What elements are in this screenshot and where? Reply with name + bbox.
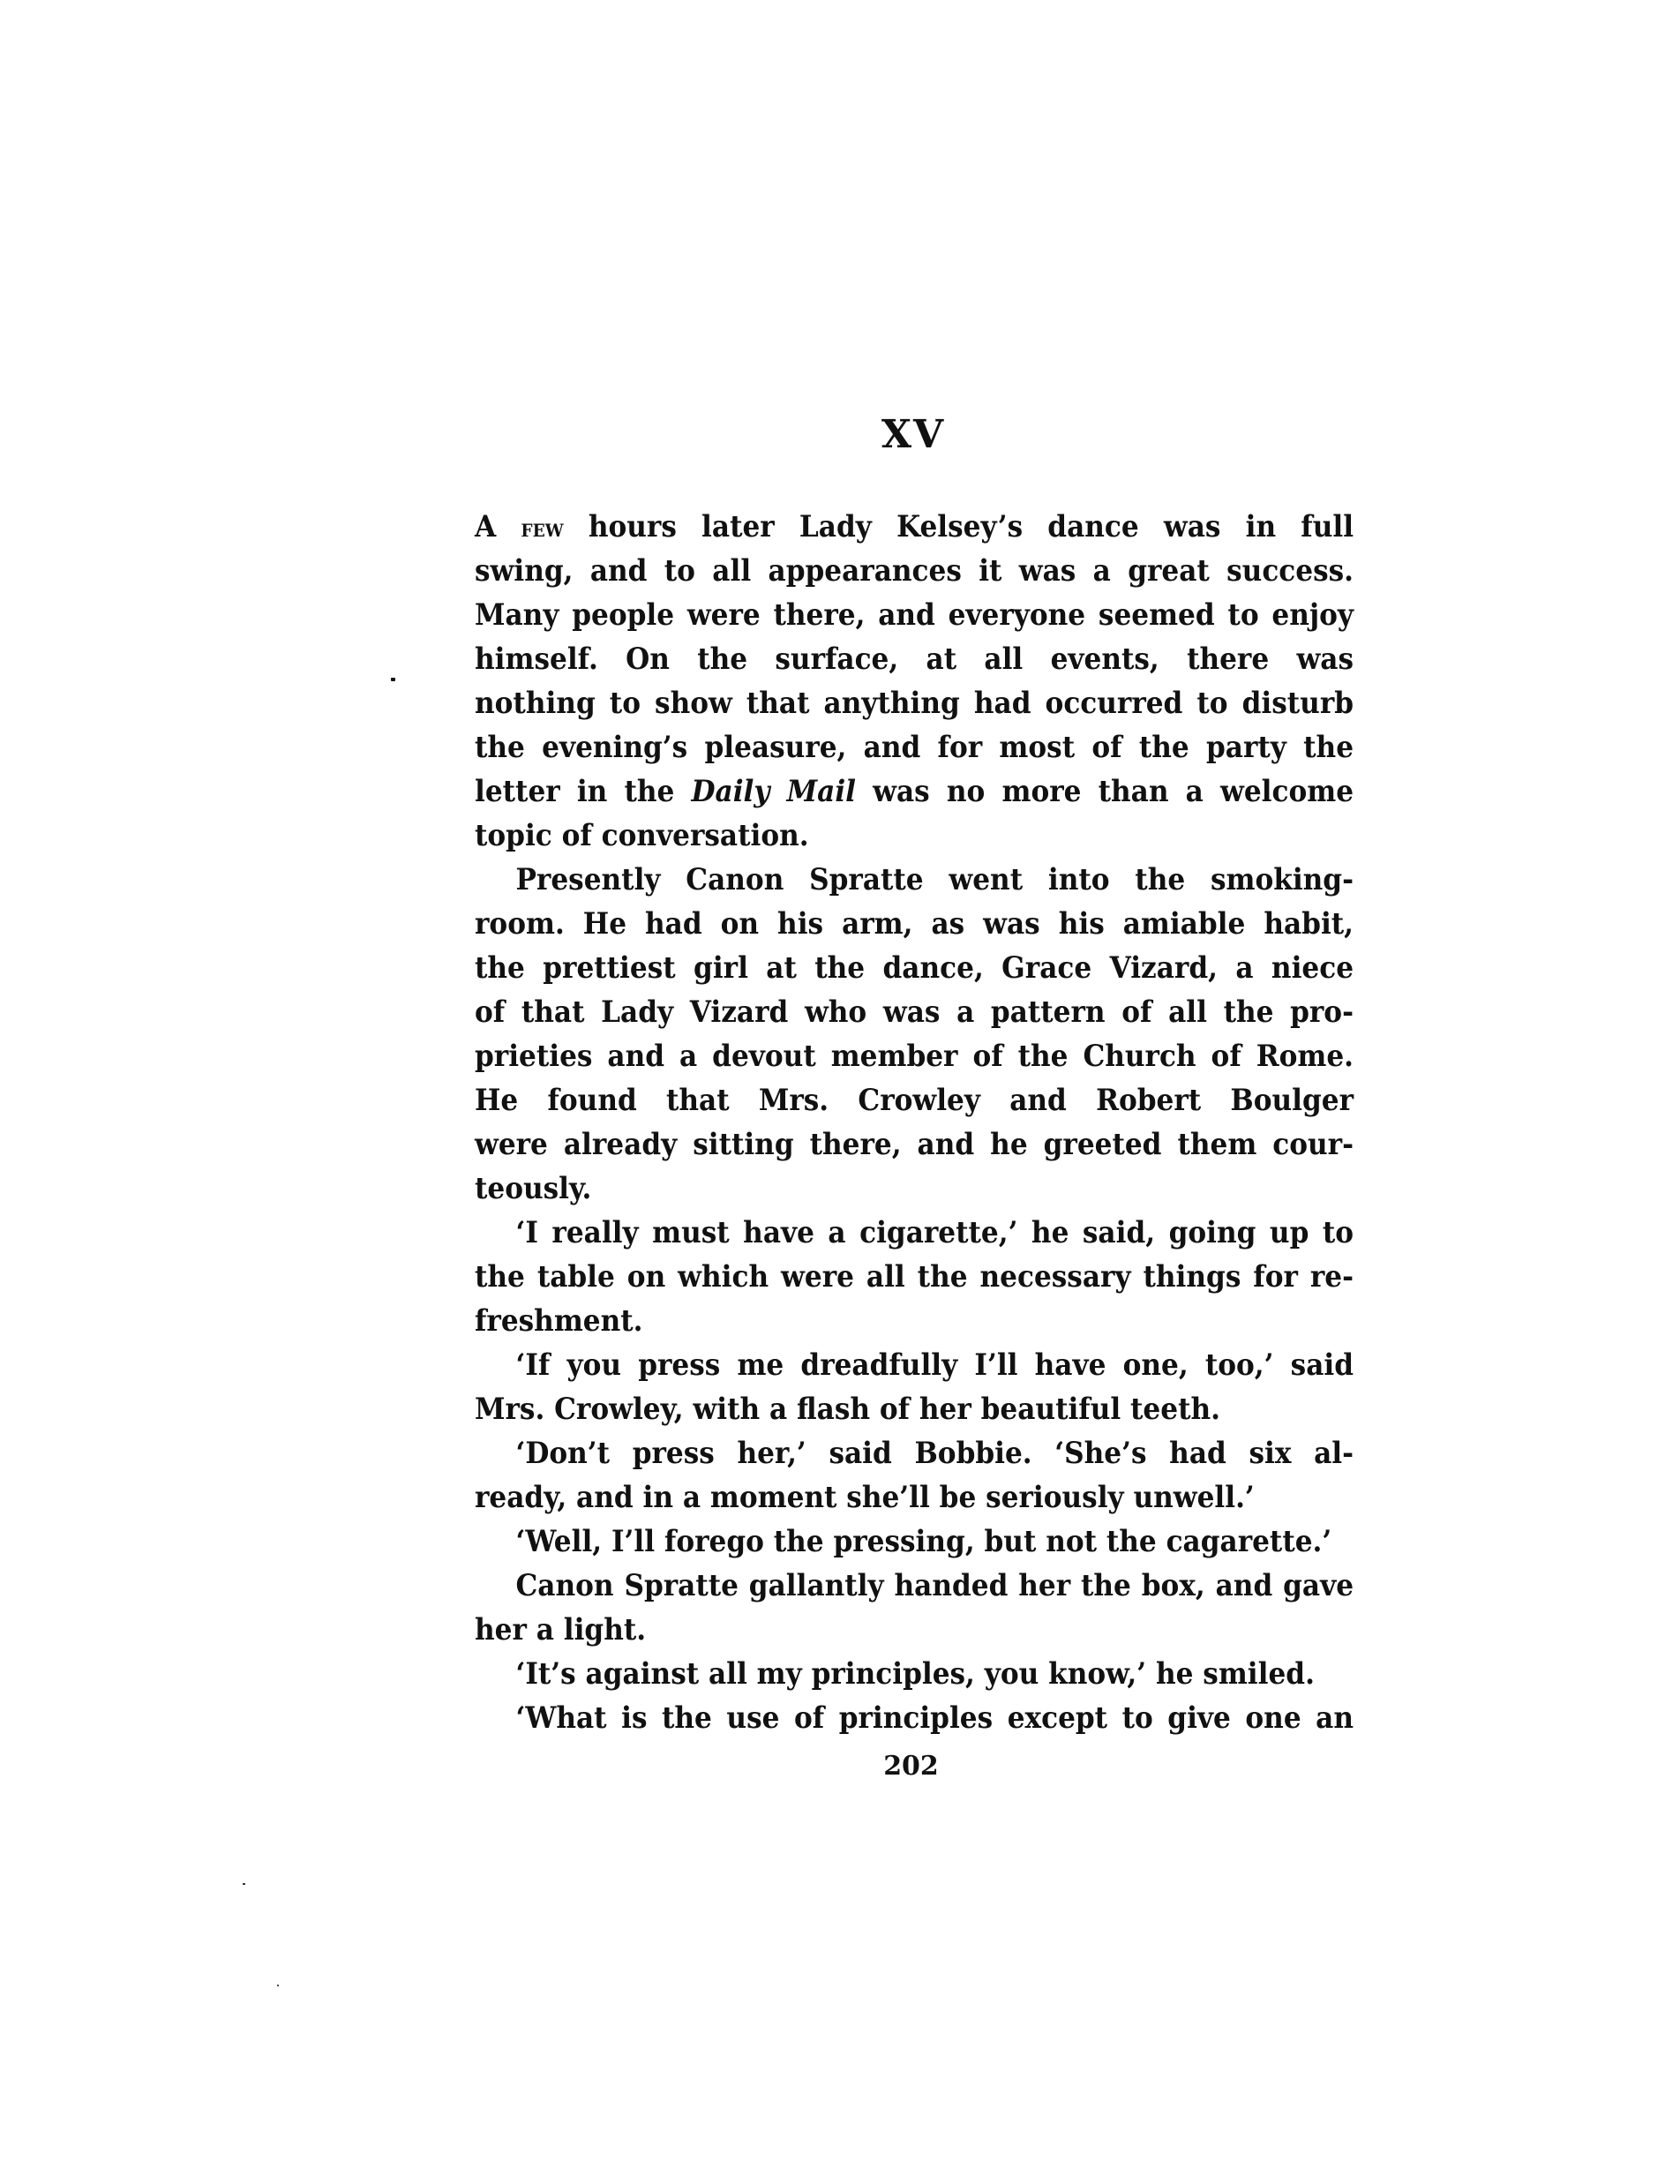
line-text: letter in the bbox=[475, 774, 692, 808]
page-number: 202 bbox=[0, 1749, 1680, 1784]
body-text: A few hours later Lady Kelsey’s dance wa… bbox=[475, 505, 1354, 1740]
text-line: her a light. bbox=[475, 1608, 1354, 1652]
text-line: nothing to show that anything had occurr… bbox=[475, 681, 1354, 725]
text-line: himself. On the surface, at all events, … bbox=[475, 637, 1354, 681]
text-line: room. He had on his arm, as was his amia… bbox=[475, 902, 1354, 946]
scan-speck bbox=[277, 1985, 279, 1986]
text-line: ‘It’s against all my principles, you kno… bbox=[475, 1652, 1354, 1696]
text-line: topic of conversation. bbox=[475, 814, 1354, 858]
book-page: XV A few hours later Lady Kelsey’s dance… bbox=[0, 0, 1680, 2184]
scan-speck bbox=[391, 678, 395, 681]
text-line: ‘If you press me dreadfully I’ll have on… bbox=[475, 1343, 1354, 1387]
text-line: ready, and in a moment she’ll be serious… bbox=[475, 1475, 1354, 1520]
text-line: ‘Don’t press her,’ said Bobbie. ‘She’s h… bbox=[475, 1431, 1354, 1475]
text-line: swing, and to all appearances it was a g… bbox=[475, 549, 1354, 593]
line-text: A bbox=[475, 509, 521, 544]
line-text: was no more than a welcome bbox=[856, 774, 1354, 808]
text-line: freshment. bbox=[475, 1299, 1354, 1343]
line-text: hours later Lady Kelsey’s dance was in f… bbox=[564, 509, 1354, 544]
text-line: Canon Spratte gallantly handed her the b… bbox=[475, 1564, 1354, 1608]
text-line: were already sitting there, and he greet… bbox=[475, 1122, 1354, 1167]
newspaper-title: Daily Mail bbox=[692, 774, 856, 808]
text-line: ‘What is the use of principles except to… bbox=[475, 1696, 1354, 1740]
text-line: the table on which were all the necessar… bbox=[475, 1255, 1354, 1299]
text-line: letter in the Daily Mail was no more tha… bbox=[475, 769, 1354, 814]
text-line: Mrs. Crowley, with a flash of her beauti… bbox=[475, 1387, 1354, 1431]
text-line: He found that Mrs. Crowley and Robert Bo… bbox=[475, 1078, 1354, 1122]
text-line: the evening’s pleasure, and for most of … bbox=[475, 725, 1354, 769]
text-line: ‘Well, I’ll forego the pressing, but not… bbox=[475, 1520, 1354, 1564]
text-line: ‘I really must have a cigarette,’ he sai… bbox=[475, 1211, 1354, 1255]
text-line: Many people were there, and everyone see… bbox=[475, 593, 1354, 637]
text-line: of that Lady Vizard who was a pattern of… bbox=[475, 990, 1354, 1034]
text-line: prieties and a devout member of the Chur… bbox=[475, 1034, 1354, 1078]
text-line: A few hours later Lady Kelsey’s dance wa… bbox=[475, 505, 1354, 549]
text-line: Presently Canon Spratte went into the sm… bbox=[475, 858, 1354, 902]
text-line: teously. bbox=[475, 1167, 1354, 1211]
text-line: the prettiest girl at the dance, Grace V… bbox=[475, 946, 1354, 990]
scan-speck bbox=[243, 1883, 245, 1885]
chapter-heading: XV bbox=[0, 413, 1680, 457]
small-caps-word: few bbox=[521, 514, 563, 543]
